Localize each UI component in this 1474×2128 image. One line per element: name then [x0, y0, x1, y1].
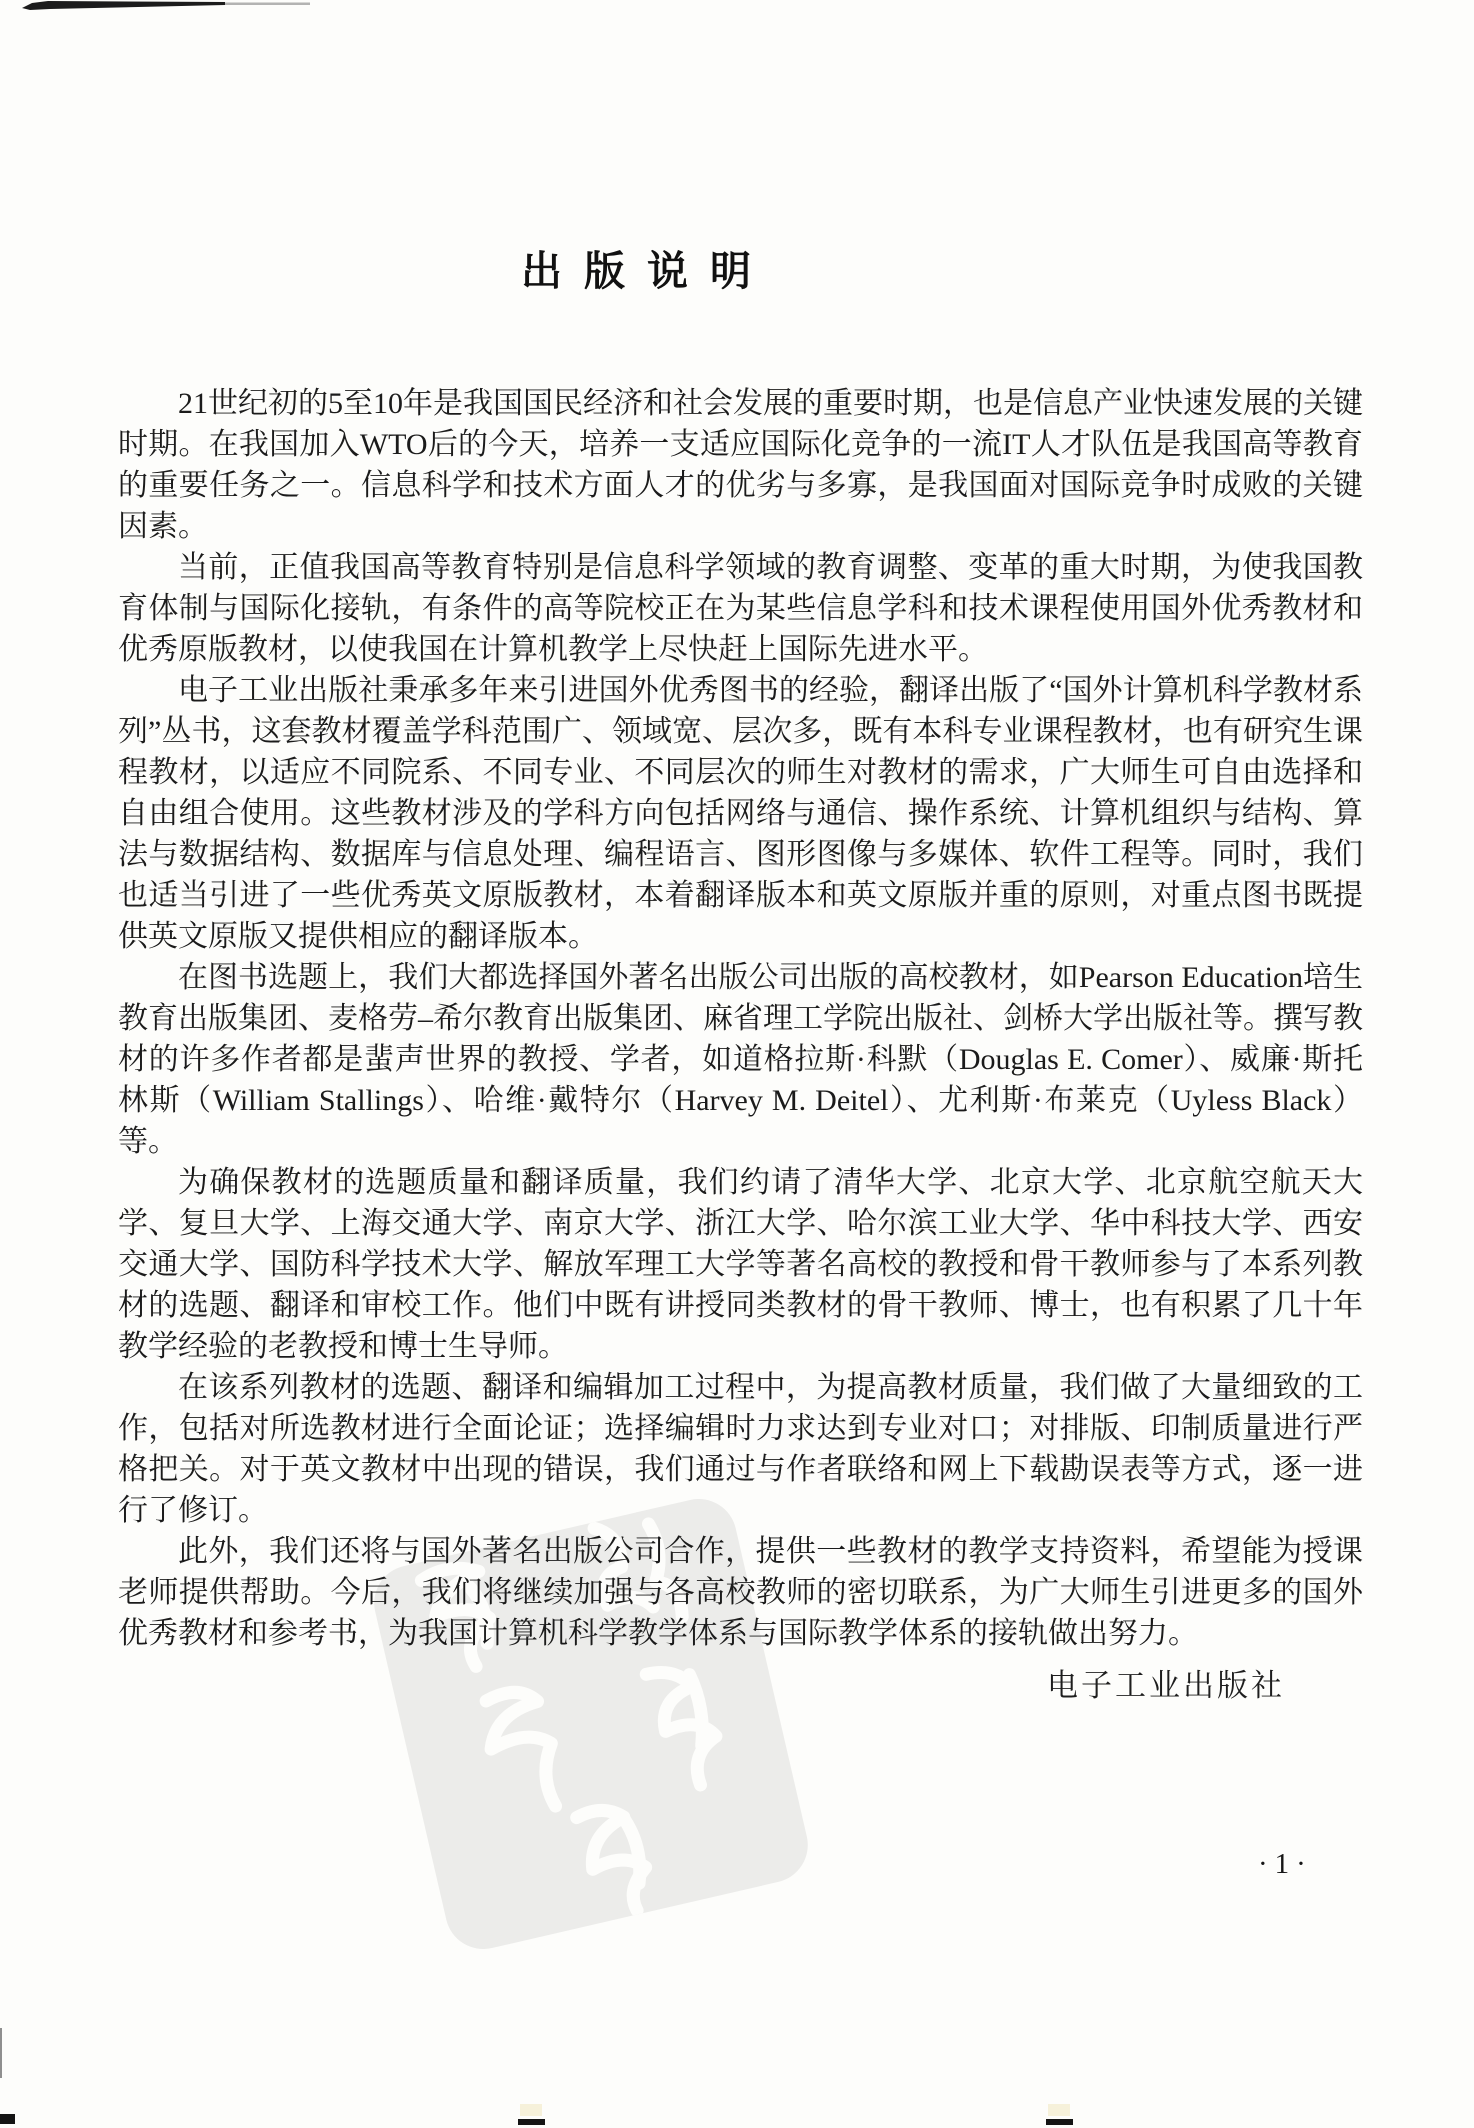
paragraph-4: 在图书选题上，我们大都选择国外著名出版公司出版的高校教材，如Pearson Ed… — [118, 957, 1363, 1162]
paragraph-6: 在该系列教材的选题、翻译和编辑加工过程中，为提高教材质量，我们做了大量细致的工作… — [118, 1367, 1363, 1531]
scan-artifact-top-line — [20, 0, 320, 14]
scan-artifact-bottom-mark — [0, 2114, 15, 2124]
paragraph-1: 21世纪初的5至10年是我国国民经济和社会发展的重要时期，也是信息产业快速发展的… — [118, 383, 1363, 547]
page-title: 出版说明 — [0, 238, 1384, 297]
scan-artifact-bottom-mark — [1046, 2119, 1073, 2125]
paragraph-3: 电子工业出版社秉承多年来引进国外优秀图书的经验，翻译出版了“国外计算机科学教材系… — [118, 670, 1363, 957]
scan-smudge — [1048, 2104, 1070, 2116]
paragraph-5: 为确保教材的选题质量和翻译质量，我们约请了清华大学、北京大学、北京航空航天大学、… — [118, 1162, 1363, 1367]
paragraph-2: 当前，正值我国高等教育特别是信息科学领域的教育调整、变革的重大时期，为使我国教育… — [118, 547, 1363, 670]
paragraph-7: 此外，我们还将与国外著名出版公司合作，提供一些教材的教学支持资料，希望能为授课老… — [118, 1531, 1363, 1654]
scan-artifact-left-edge-line — [0, 2028, 2, 2078]
body-text: 21世纪初的5至10年是我国国民经济和社会发展的重要时期，也是信息产业快速发展的… — [118, 383, 1363, 1654]
scanned-document-page: 出版说明 21世纪初的5至10年是我国国民经济和社会发展的重要时期，也是信息产业… — [0, 0, 1474, 2128]
scan-line-graphic — [20, 0, 320, 14]
publisher-signature: 电子工业出版社 — [1047, 1660, 1285, 1705]
scan-artifact-bottom-mark — [518, 2119, 545, 2125]
page-number: ·1· — [1258, 1848, 1313, 1881]
scan-smudge — [520, 2104, 542, 2116]
